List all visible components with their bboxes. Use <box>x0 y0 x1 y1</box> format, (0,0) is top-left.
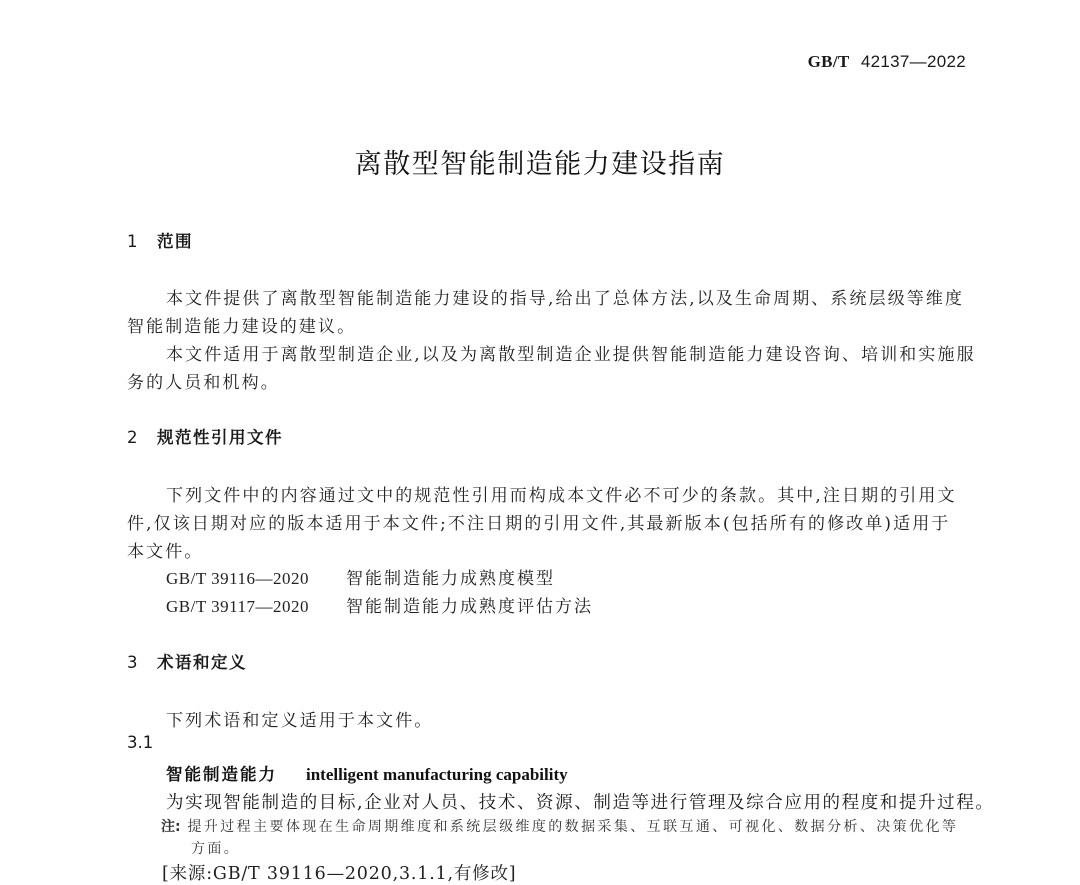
term-chinese: 智能制造能力 <box>166 761 306 785</box>
section-heading-scope: 1范围 <box>127 228 193 252</box>
section-title: 范围 <box>157 232 193 251</box>
term-source: [来源:GB/T 39116—2020,3.1.1,有修改] <box>162 860 516 885</box>
term-note-continuation: 方面。 <box>191 838 240 858</box>
section-number: 3 <box>127 653 157 672</box>
section-title: 规范性引用文件 <box>157 428 283 447</box>
section-title: 术语和定义 <box>157 653 247 672</box>
reference-title: 智能制造能力成熟度评估方法 <box>346 597 593 617</box>
term-definition: 为实现智能制造的目标,企业对人员、技术、资源、制造等进行管理及综合应用的程度和提… <box>166 789 994 814</box>
standard-number: GB/T 42137—2022 <box>808 52 966 72</box>
note-text: 提升过程主要体现在生命周期维度和系统层级维度的数据采集、互联互通、可视化、数据分… <box>187 819 958 835</box>
paragraph-line: 下列文件中的内容通过文中的规范性引用而构成本文件必不可少的条款。其中,注日期的引… <box>166 481 957 506</box>
reference-item: GB/T 39116—2020智能制造能力成熟度模型 <box>166 564 555 589</box>
paragraph-line: 件,仅该日期对应的版本适用于本文件;不注日期的引用文件,其最新版本(包括所有的修… <box>127 509 950 534</box>
section-heading-terms-definitions: 3术语和定义 <box>127 649 247 673</box>
paragraph-line: 本文件适用于离散型制造企业,以及为离散型制造企业提供智能制造能力建设咨询、培训和… <box>166 340 976 365</box>
paragraph-line: 本文件。 <box>127 537 203 562</box>
term-english: intelligent manufacturing capability <box>306 765 568 784</box>
document-title: 离散型智能制造能力建设指南 <box>0 142 1080 181</box>
section-number: 2 <box>127 428 157 447</box>
reference-code: GB/T 39117—2020 <box>166 597 346 617</box>
standard-prefix: GB/T <box>808 52 850 71</box>
term-note: 注: 提升过程主要体现在生命周期维度和系统层级维度的数据采集、互联互通、可视化、… <box>161 816 958 836</box>
section-heading-normative-references: 2规范性引用文件 <box>127 424 283 448</box>
section-number: 1 <box>127 232 157 251</box>
term-number: 3.1 <box>127 733 153 752</box>
paragraph-line: 智能制造能力建设的建议。 <box>127 312 356 337</box>
paragraph-line: 下列术语和定义适用于本文件。 <box>166 706 433 731</box>
paragraph-line: 本文件提供了离散型智能制造能力建设的指导,给出了总体方法,以及生命周期、系统层级… <box>166 284 964 309</box>
reference-code: GB/T 39116—2020 <box>166 569 346 589</box>
term-heading: 智能制造能力intelligent manufacturing capabili… <box>166 761 568 785</box>
note-label: 注: <box>161 819 181 835</box>
reference-title: 智能制造能力成熟度模型 <box>346 569 555 589</box>
reference-item: GB/T 39117—2020智能制造能力成熟度评估方法 <box>166 592 593 617</box>
standard-code: 42137—2022 <box>861 52 966 71</box>
paragraph-line: 务的人员和机构。 <box>127 368 280 393</box>
